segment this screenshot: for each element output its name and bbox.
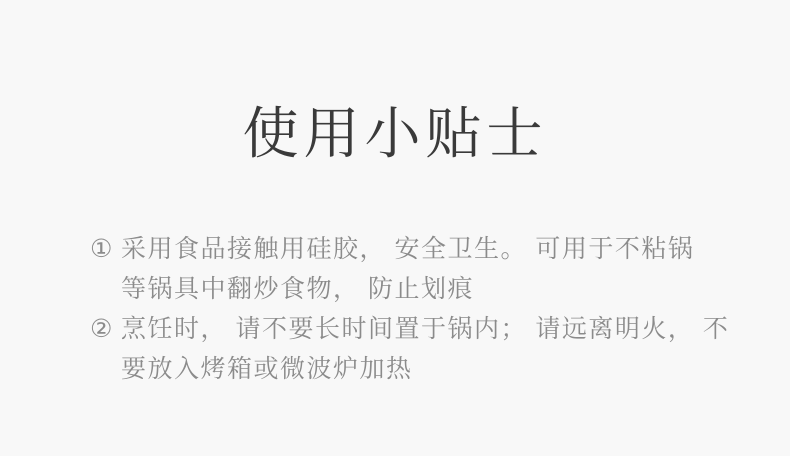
tip-1-text: 采用食品接触用硅胶， 安全卫生。 可用于不粘锅 等锅具中翻炒食物， 防止划痕 [121,229,740,309]
circled-number-1: ① [90,229,121,269]
tip-2-text: 烹饪时， 请不要长时间置于锅内； 请远离明火， 不 要放入烤箱或微波炉加热 [121,309,740,389]
tip-item-2: ② 烹饪时， 请不要长时间置于锅内； 请远离明火， 不 要放入烤箱或微波炉加热 [90,309,740,389]
tip-2-line-1: 烹饪时， 请不要长时间置于锅内； 请远离明火， 不 [121,309,740,349]
page-title: 使用小贴士 [0,106,790,162]
tip-1-line-2: 等锅具中翻炒食物， 防止划痕 [121,269,740,309]
usage-tips-page: 使用小贴士 ① 采用食品接触用硅胶， 安全卫生。 可用于不粘锅 等锅具中翻炒食物… [0,0,790,456]
tip-item-1: ① 采用食品接触用硅胶， 安全卫生。 可用于不粘锅 等锅具中翻炒食物， 防止划痕 [90,229,740,309]
tip-1-line-1: 采用食品接触用硅胶， 安全卫生。 可用于不粘锅 [121,229,740,269]
tip-2-line-2: 要放入烤箱或微波炉加热 [121,349,740,389]
tips-list: ① 采用食品接触用硅胶， 安全卫生。 可用于不粘锅 等锅具中翻炒食物， 防止划痕… [90,229,740,389]
circled-number-2: ② [90,309,121,349]
